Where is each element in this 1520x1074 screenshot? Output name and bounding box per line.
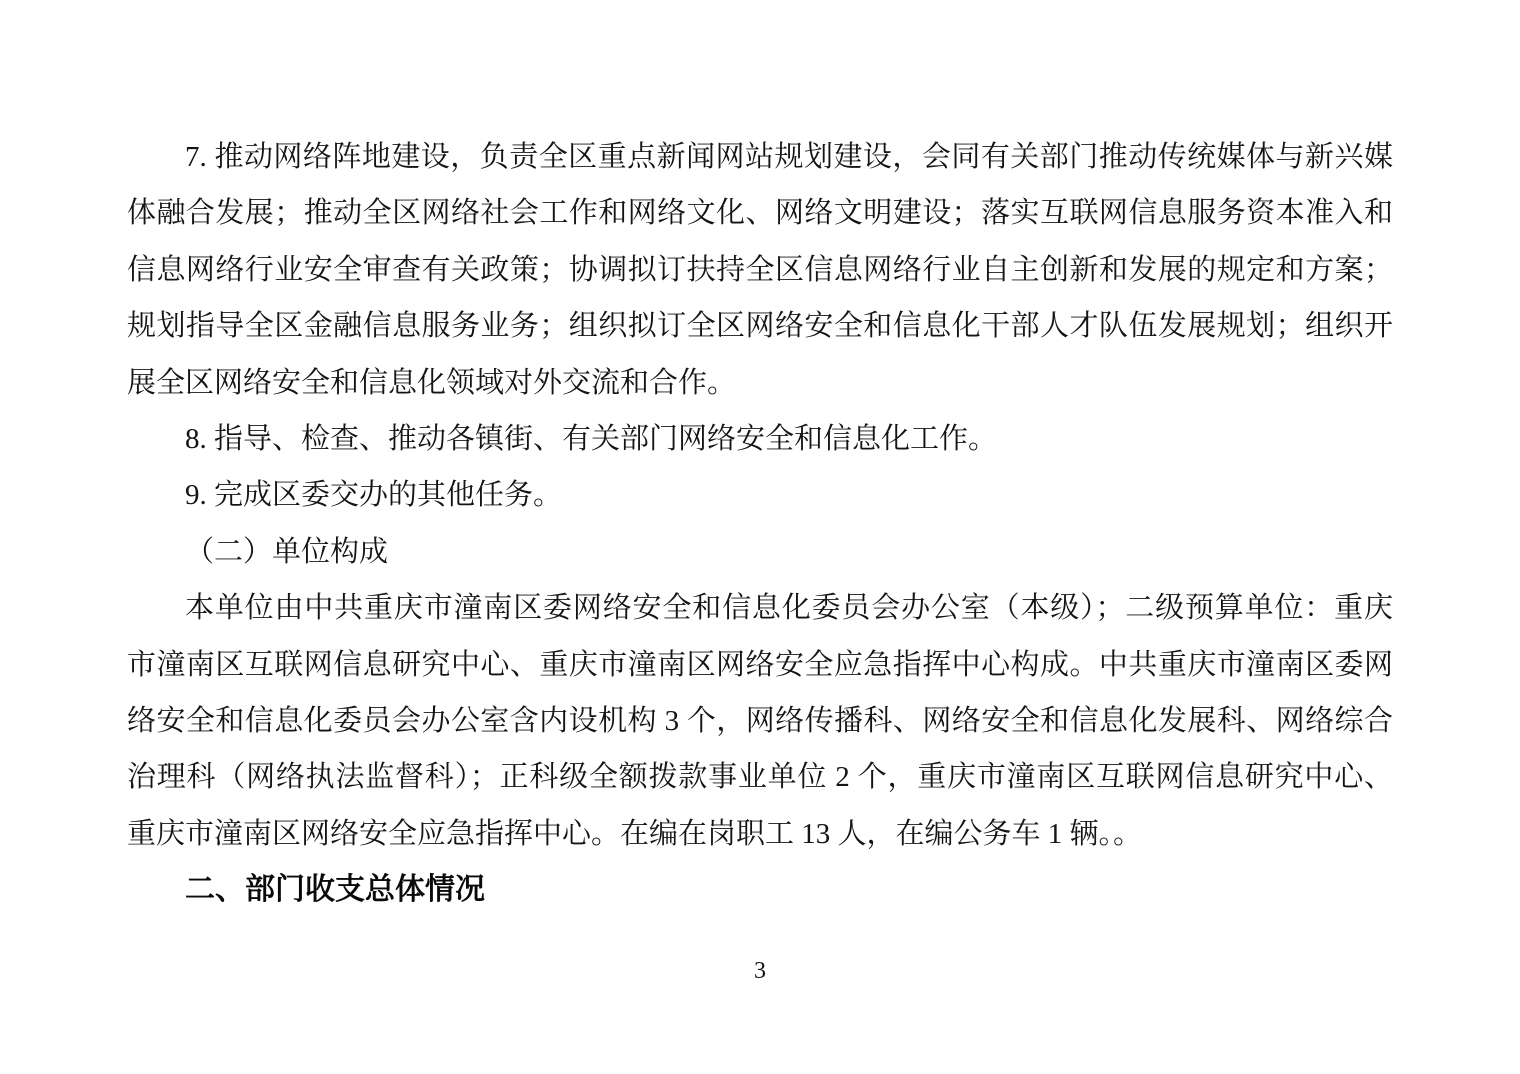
- paragraph-8-line: 8. 指导、检查、推动各镇街、有关部门网络安全和信息化工作。: [127, 411, 1393, 467]
- unit-composition-line: 市潼南区互联网信息研究中心、重庆市潼南区网络安全应急指挥中心构成。中共重庆市潼南…: [127, 637, 1393, 693]
- page-number: 3: [0, 956, 1520, 986]
- unit-composition-line: 治理科（网络执法监督科）；正科级全额拨款事业单位 2 个，重庆市潼南区互联网信息…: [127, 749, 1393, 805]
- unit-composition-line: 络安全和信息化委员会办公室含内设机构 3 个，网络传播科、网络安全和信息化发展科…: [127, 693, 1393, 749]
- paragraph-7-line: 展全区网络安全和信息化领域对外交流和合作。: [127, 355, 1393, 411]
- unit-composition-line: 本单位由中共重庆市潼南区委网络安全和信息化委员会办公室（本级）；二级预算单位：重…: [127, 580, 1393, 636]
- paragraph-7-line: 规划指导全区金融信息服务业务；组织拟订全区网络安全和信息化干部人才队伍发展规划；…: [127, 298, 1393, 354]
- paragraph-7-line: 体融合发展；推动全区网络社会工作和网络文化、网络文明建设；落实互联网信息服务资本…: [127, 185, 1393, 241]
- unit-composition-line: 重庆市潼南区网络安全应急指挥中心。在编在岗职工 13 人，在编公务车 1 辆。。: [127, 806, 1393, 862]
- section-heading: 二、部门收支总体情况: [127, 862, 1393, 918]
- paragraph-7-line: 7. 推动网络阵地建设，负责全区重点新闻网站规划建设，会同有关部门推动传统媒体与…: [127, 129, 1393, 185]
- paragraph-9-line: 9. 完成区委交办的其他任务。: [127, 467, 1393, 523]
- paragraph-7-line: 信息网络行业安全审查有关政策；协调拟订扶持全区信息网络行业自主创新和发展的规定和…: [127, 242, 1393, 298]
- document-text-block: 7. 推动网络阵地建设，负责全区重点新闻网站规划建设，会同有关部门推动传统媒体与…: [127, 129, 1393, 918]
- document-page: 7. 推动网络阵地建设，负责全区重点新闻网站规划建设，会同有关部门推动传统媒体与…: [0, 0, 1520, 1074]
- subsection-heading: （二）单位构成: [127, 524, 1393, 580]
